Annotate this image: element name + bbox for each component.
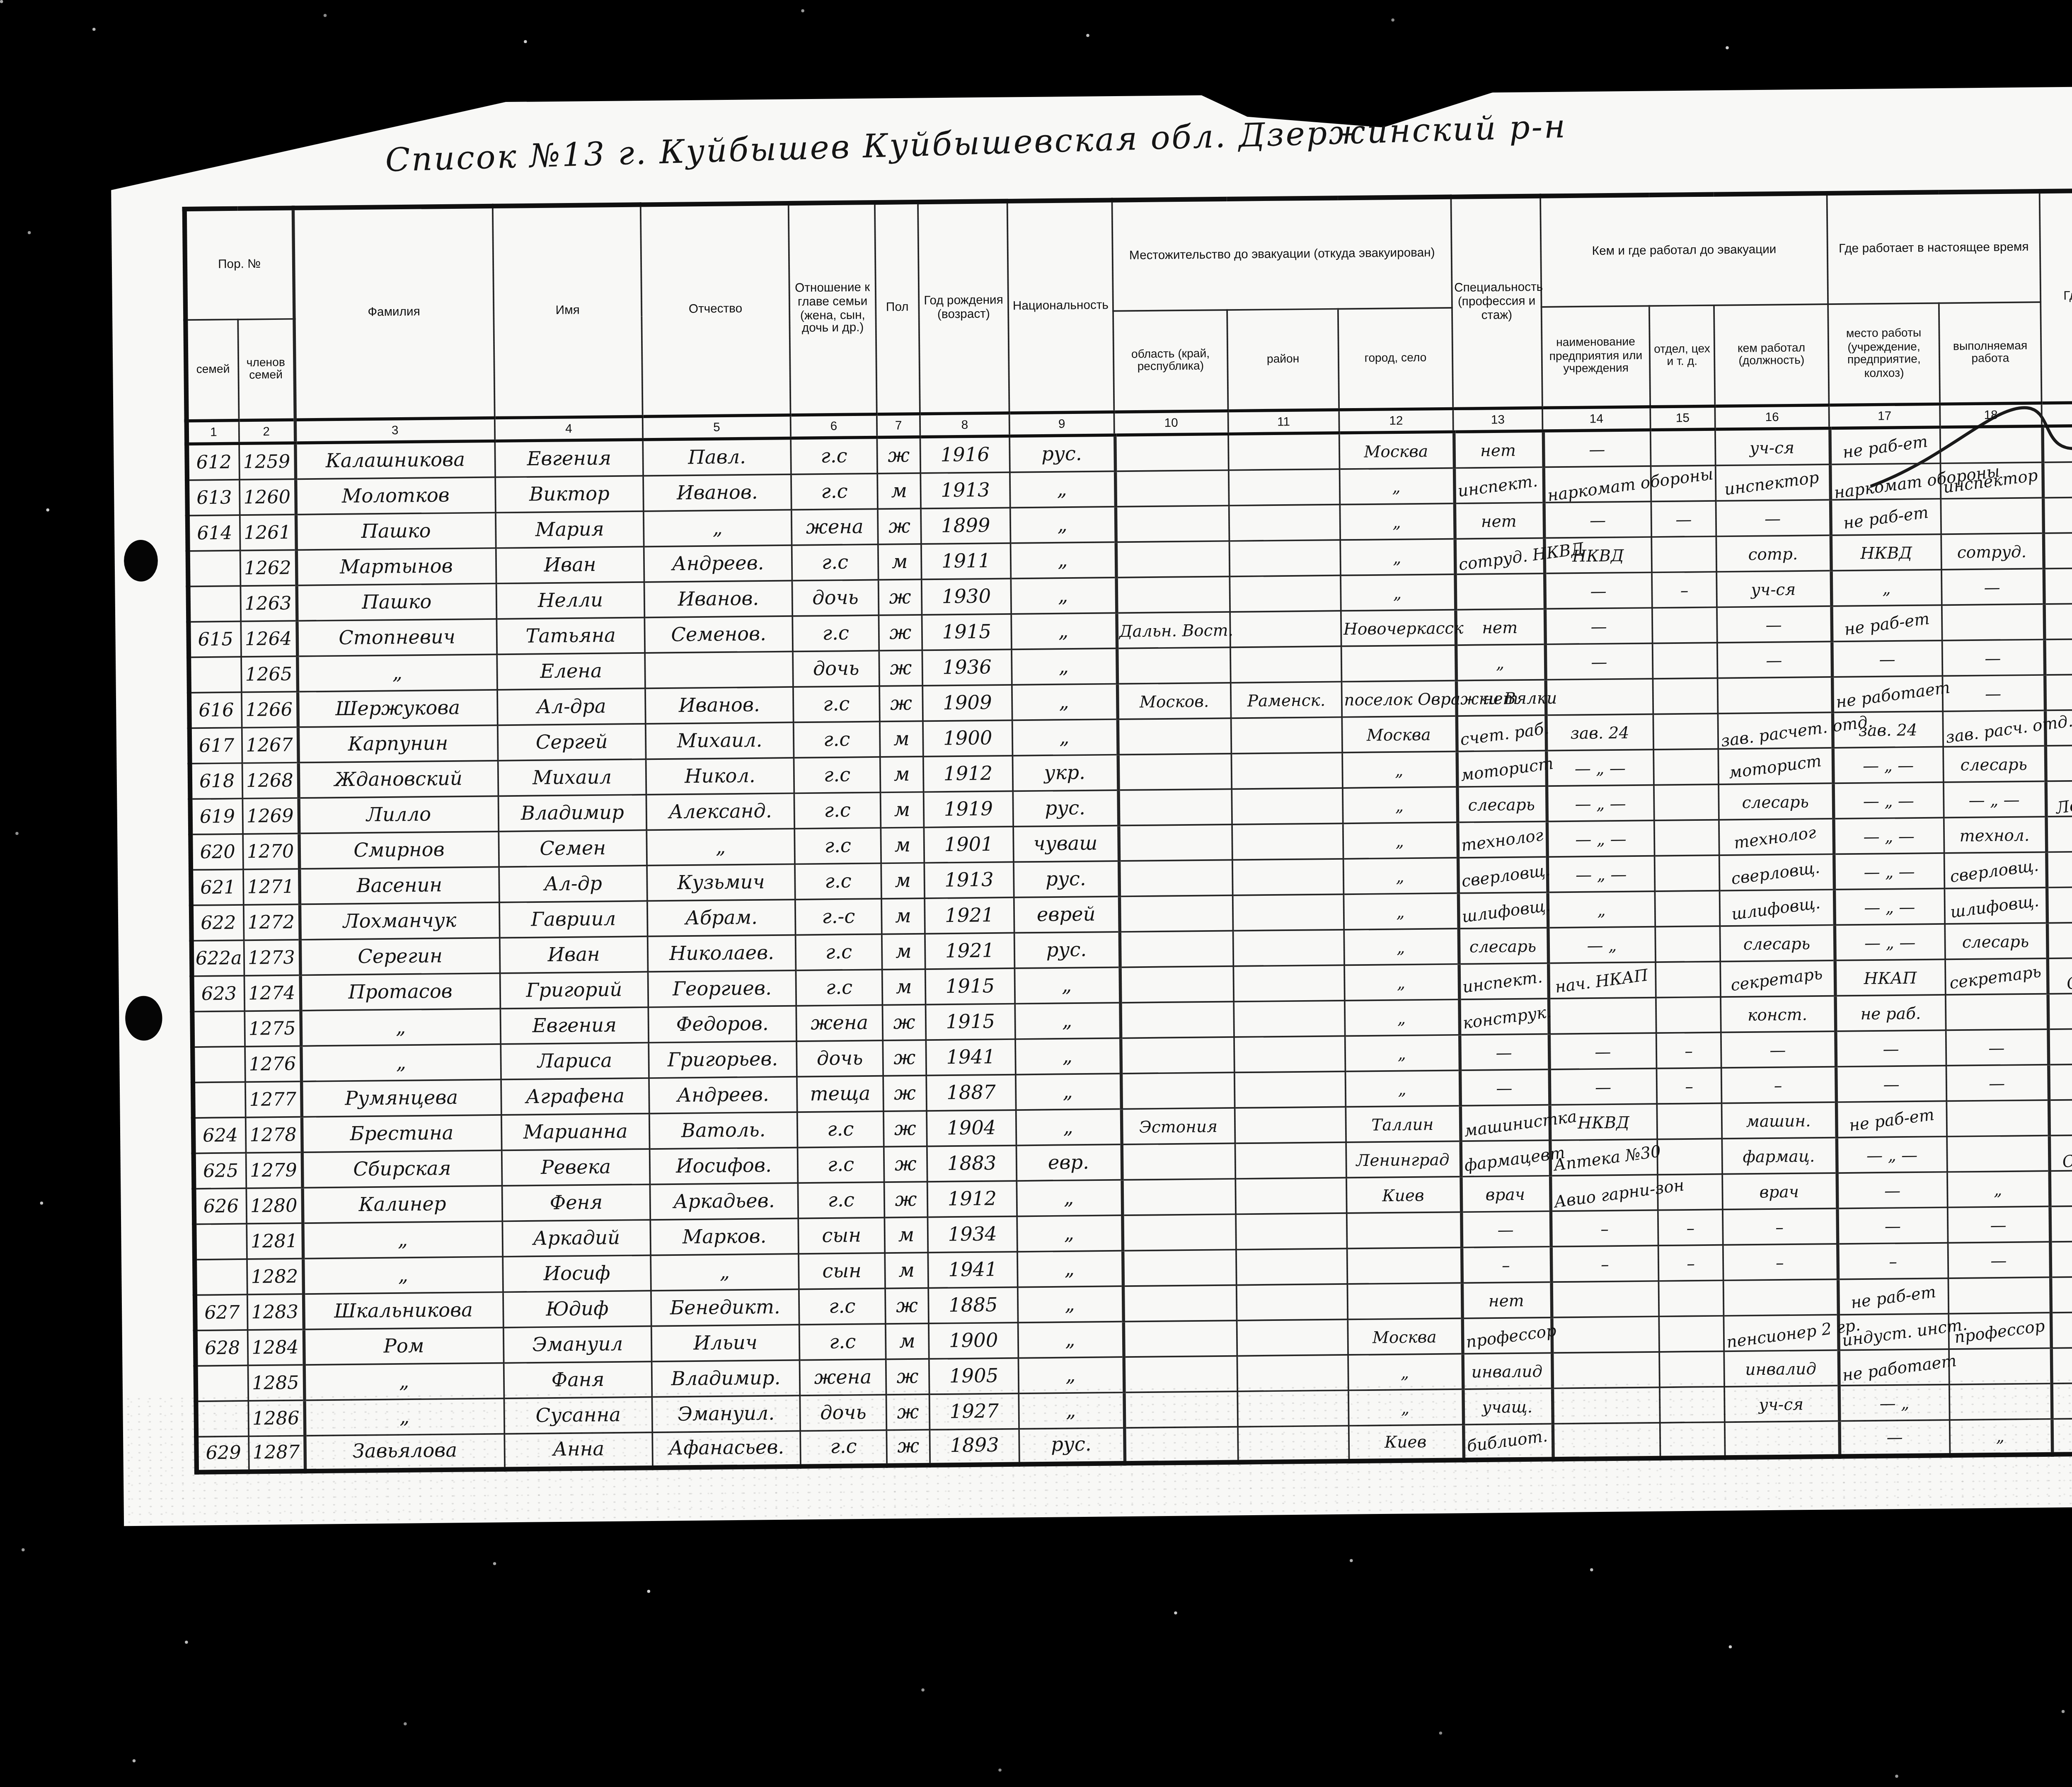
cell-text: Москва <box>1364 443 1428 462</box>
cell-text: Абрам. <box>685 904 758 928</box>
cell-member-no: 1265 <box>241 655 297 692</box>
cell-current-work: секретарь <box>1945 958 2047 994</box>
cell-surname: „ <box>297 653 497 691</box>
cell-patronymic: Андреев. <box>649 1076 797 1113</box>
cell-member-no: 1281 <box>247 1222 303 1258</box>
cell-specialty: профессор <box>1462 1317 1551 1353</box>
cell-text: — <box>1590 582 1607 601</box>
cell-text: Иванов. <box>679 692 760 716</box>
cell-workplace: не работает <box>1832 675 1943 711</box>
cell-text: Ст. Раз. 61кв10 <box>2060 1135 2072 1171</box>
cell-text: НКАП <box>1864 969 1917 988</box>
cell-family-no <box>193 1081 245 1117</box>
cell-text: Аграфена <box>525 1083 625 1107</box>
cell-relation: г.с <box>793 685 880 722</box>
cell-city: Новочеркасск <box>1341 609 1455 646</box>
cell-position <box>1718 676 1832 713</box>
cell-address: — „ — <box>2048 1062 2072 1099</box>
cell-birth-year: 1904 <box>927 1109 1016 1146</box>
cell-position <box>1723 1279 1838 1315</box>
cell-specialty: нет <box>1455 608 1544 645</box>
cell-text: „ <box>1397 938 1405 957</box>
cell-text: дочь <box>816 1045 863 1069</box>
cell-text: профессор <box>1953 1316 2046 1347</box>
cell-specialty: слесарь <box>1458 927 1547 963</box>
cell-text: — <box>1765 616 1782 634</box>
cell-family-no: 619 <box>190 798 243 834</box>
cell-sex: ж <box>879 685 923 721</box>
cell-nationality: „ <box>1015 1002 1120 1038</box>
cell-workplace: — <box>1837 1207 1948 1243</box>
cell-surname: Шкальникова <box>303 1291 503 1329</box>
cell-family-no: 617 <box>189 727 242 763</box>
cell-family-no: 622 <box>191 904 244 940</box>
cell-current-work: — <box>1941 568 2043 605</box>
cell-birth-year: 1921 <box>925 932 1014 969</box>
cell-text: „ <box>1393 584 1402 603</box>
cell-text: 1278 <box>249 1123 297 1145</box>
cell-family-no: 621 <box>191 868 244 904</box>
cell-position: уч-ся <box>1716 570 1831 607</box>
cell-position: — <box>1717 641 1832 677</box>
cell-family-no: 615 <box>189 621 241 657</box>
cell-member-no: 1266 <box>242 691 298 727</box>
cell-enterprise: Авио гарни-зон <box>1550 1174 1658 1210</box>
cell-text: – <box>1774 1076 1782 1095</box>
cell-address: — „ — <box>2049 1204 2072 1241</box>
cell-district <box>1237 1319 1348 1355</box>
cell-specialty: моторист <box>1456 750 1546 786</box>
cell-text: — <box>1589 441 1605 459</box>
cell-member-no: 1275 <box>244 1010 300 1046</box>
cell-current-work: сверловщ. <box>1944 851 2046 888</box>
cell-district <box>1232 787 1343 824</box>
cell-text: м <box>899 1328 915 1352</box>
cell-text: 1901 <box>944 832 993 855</box>
cell-text: „ <box>1994 1181 2002 1199</box>
cell-city: Москва <box>1339 432 1454 468</box>
cell-region <box>1123 1320 1237 1356</box>
cell-region <box>1118 788 1232 825</box>
cell-relation: г.с <box>794 721 880 757</box>
cell-text: Кузьмич <box>677 869 765 893</box>
cell-text: — <box>1590 511 1606 530</box>
cell-text: 617 <box>199 734 235 756</box>
cell-text: шлифовщ. <box>1950 892 2041 922</box>
cell-department <box>1656 996 1721 1032</box>
cell-city: „ <box>1342 751 1457 787</box>
cell-sex: м <box>884 1216 928 1253</box>
cell-patronymic: Николаев. <box>648 934 796 971</box>
cell-text: „ <box>1064 1256 1075 1279</box>
cell-patronymic: Георгиев. <box>648 970 796 1006</box>
cell-text: „ <box>392 660 403 683</box>
cell-text: рус. <box>1041 441 1082 465</box>
header-serial-group: Пор. № <box>184 208 293 320</box>
cell-nationality: „ <box>1015 1037 1121 1074</box>
cell-text: фармацевт <box>1462 1143 1565 1175</box>
cell-address: — „ — Кв. 9 <box>2049 1169 2072 1206</box>
cell-text: — „ — <box>1863 792 1915 811</box>
cell-specialty: сотруд. НКВД <box>1454 537 1544 574</box>
cell-region <box>1115 505 1230 541</box>
cell-city: „ <box>1343 822 1457 858</box>
cell-text: — <box>1595 1078 1611 1097</box>
cell-region <box>1121 1178 1236 1214</box>
cell-name: Ал-др <box>499 865 647 902</box>
column-number: 7 <box>877 414 920 438</box>
cell-text: технолог <box>1460 826 1544 855</box>
cell-text: г.с <box>823 691 850 714</box>
cell-text: инспектор <box>1724 468 1821 499</box>
cell-text: „ <box>1396 903 1405 921</box>
cell-department: – <box>1658 1244 1723 1280</box>
cell-text: „ <box>1396 868 1404 886</box>
cell-member-no: 1279 <box>246 1151 302 1187</box>
cell-text: Сбирская <box>353 1156 451 1180</box>
cell-surname: Лилло <box>298 795 499 832</box>
cell-text: 1900 <box>943 725 992 749</box>
cell-text: не раб-ет <box>1848 1105 1935 1135</box>
cell-region <box>1122 1249 1237 1285</box>
cell-text: машин. <box>1746 1112 1811 1131</box>
cell-text: слесарь <box>1961 755 2028 774</box>
cell-text: — „ — <box>1863 756 1914 775</box>
cell-text: — „ — <box>1864 898 1915 917</box>
cell-text: „ <box>1065 1362 1076 1385</box>
column-number: 4 <box>495 416 643 441</box>
cell-position: врач <box>1722 1172 1837 1209</box>
cell-text: г.с <box>828 1151 854 1175</box>
cell-text: 1909 <box>943 690 992 713</box>
cell-text: „ <box>1057 512 1067 535</box>
cell-sex: м <box>882 968 926 1004</box>
cell-text: — <box>1496 1044 1512 1062</box>
cell-nationality: рус. <box>1014 860 1119 897</box>
cell-text: „ <box>712 515 723 538</box>
cell-text: г.с <box>829 1329 856 1352</box>
cell-text: Дальн. Вост. <box>1119 621 1234 641</box>
cell-region <box>1119 930 1233 967</box>
cell-family-no <box>195 1258 247 1294</box>
cell-text: г.с <box>824 797 851 820</box>
cell-position: технолог <box>1719 818 1833 854</box>
cell-birth-year: 1912 <box>923 755 1013 791</box>
cell-region: Эстония <box>1121 1107 1235 1144</box>
header-address: Где поселен (адрес) <box>2040 190 2072 403</box>
cell-address: Ленингр. 21кв2а <box>2045 779 2072 816</box>
cell-specialty: „ <box>1455 643 1545 680</box>
cell-sex: ж <box>883 1075 927 1111</box>
cell-family-no <box>188 585 241 621</box>
cell-text: „ <box>1392 478 1401 496</box>
cell-city: Москва <box>1348 1318 1462 1354</box>
cell-city: „ <box>1340 467 1454 504</box>
cell-text: „ <box>1065 1327 1075 1350</box>
cell-member-no: 1267 <box>242 726 298 762</box>
cell-workplace: НКАП <box>1834 959 1946 995</box>
cell-district: Раменск. <box>1231 681 1342 717</box>
cell-city: „ <box>1343 857 1458 893</box>
cell-relation: г.с <box>795 863 881 899</box>
cell-department <box>1655 925 1720 961</box>
cell-position: слесарь <box>1719 783 1833 819</box>
cell-birth-year: 1900 <box>929 1322 1018 1358</box>
cell-text: Протасов <box>348 978 453 1002</box>
cell-text: – <box>1687 1255 1695 1273</box>
cell-current-work: шлифовщ. <box>1944 887 2046 923</box>
cell-text: 1280 <box>250 1194 298 1216</box>
cell-text: Татьяна <box>525 622 616 646</box>
cell-birth-year: 1909 <box>922 684 1012 721</box>
cell-text: 624 <box>203 1124 238 1146</box>
cell-text: профессор <box>1464 1321 1557 1352</box>
cell-text: — <box>1989 1074 2005 1093</box>
cell-text: 1282 <box>251 1265 298 1287</box>
cell-name: Иван <box>500 936 648 972</box>
cell-birth-year: 1885 <box>928 1286 1018 1323</box>
cell-text: м <box>893 726 910 749</box>
cell-text: жена <box>814 1364 871 1388</box>
cell-text: Елена <box>540 658 602 682</box>
cell-text: – <box>1889 1253 1897 1271</box>
cell-text: г.с <box>821 479 848 502</box>
column-number: 2 <box>239 420 295 443</box>
cell-text: 613 <box>196 486 232 508</box>
cell-relation: г.с <box>796 933 882 970</box>
cell-name: Эмануил <box>503 1325 652 1362</box>
cell-text: м <box>894 761 910 784</box>
cell-city: „ <box>1343 892 1458 929</box>
cell-address: — „ — Кв. 7 <box>2048 1098 2072 1134</box>
cell-position: конст. <box>1721 995 1835 1032</box>
cell-address: Ст. Раз. 61а 7 <box>2047 956 2072 993</box>
cell-district <box>1229 539 1341 576</box>
cell-text: „ <box>1063 1043 1073 1066</box>
cell-text: — <box>1765 510 1781 528</box>
cell-text: „ <box>1392 513 1401 532</box>
cell-name: Татьяна <box>496 617 645 654</box>
cell-surname: Стопневич <box>296 618 497 655</box>
cell-text: жена <box>806 514 864 537</box>
cell-member-no: 1260 <box>240 479 295 515</box>
cell-department <box>1659 1315 1724 1351</box>
cell-text: г.с <box>822 549 849 573</box>
cell-position: — <box>1721 1030 1835 1067</box>
cell-position: моторист <box>1718 747 1832 783</box>
cell-text: Ленингр. 21кв2а <box>2055 780 2072 817</box>
cell-text: Андреев. <box>672 550 764 574</box>
cell-text: ж <box>896 1364 918 1387</box>
cell-relation: дочь <box>793 650 879 687</box>
cell-nationality: „ <box>1014 967 1120 1003</box>
cell-current-work: слесарь <box>1943 745 2045 781</box>
cell-text: — „ — <box>1575 759 1626 778</box>
cell-text: 625 <box>203 1159 239 1181</box>
cell-specialty: — <box>1460 1069 1549 1105</box>
cell-enterprise <box>1545 678 1653 714</box>
header-district: район <box>1227 309 1339 411</box>
cell-nationality: „ <box>1016 1073 1121 1109</box>
cell-patronymic: Андреев. <box>644 544 792 581</box>
cell-sex: ж <box>882 1004 926 1040</box>
cell-text: Москва <box>1372 1328 1437 1347</box>
cell-current-work: — <box>1942 639 2044 675</box>
cell-enterprise: — „ — <box>1547 820 1655 856</box>
cell-text: Эстония <box>1139 1117 1218 1137</box>
cell-text: 1266 <box>245 698 293 720</box>
cell-text: Серегин <box>358 943 443 967</box>
cell-text: 615 <box>198 628 233 650</box>
cell-enterprise: — <box>1544 643 1653 679</box>
cell-workplace: — <box>1836 1171 1948 1208</box>
cell-nationality: „ <box>1012 683 1117 720</box>
cell-address: „ — <box>2047 921 2072 958</box>
cell-text: нет <box>1489 1291 1524 1310</box>
header-surname: Фамилия <box>293 206 495 420</box>
cell-family-no: 628 <box>195 1329 248 1365</box>
cell-current-work: слесарь <box>1945 922 2047 959</box>
cell-text: „ <box>716 834 726 857</box>
cell-text: „ <box>396 1014 406 1037</box>
cell-enterprise <box>1551 1315 1659 1352</box>
cell-enterprise: — <box>1542 430 1651 467</box>
cell-patronymic: Кузьмич <box>647 863 795 900</box>
cell-text: — <box>1990 1216 2006 1235</box>
cell-enterprise: — <box>1543 501 1651 537</box>
cell-nationality: „ <box>1016 1108 1121 1145</box>
cell-current-work <box>1940 426 2042 463</box>
cell-text: НКВД <box>1578 1113 1629 1132</box>
cell-text: Москва <box>1367 725 1431 745</box>
cell-text: ж <box>889 619 911 643</box>
cell-member-no: 1274 <box>244 975 300 1011</box>
cell-specialty: инспект. <box>1454 467 1543 503</box>
cell-text: 619 <box>200 805 235 827</box>
cell-text: Новочеркасск <box>1343 619 1464 638</box>
cell-sex: ж <box>877 437 920 473</box>
cell-enterprise: — „ <box>1547 926 1656 962</box>
cell-region <box>1119 965 1234 1002</box>
cell-patronymic: Михаил. <box>646 722 794 759</box>
cell-text: 1899 <box>941 513 990 536</box>
cell-member-no: 1262 <box>240 549 296 585</box>
cell-member-no: 1264 <box>241 620 297 656</box>
cell-text: г.с <box>824 762 851 785</box>
film-speckles <box>0 0 3 3</box>
cell-text: – <box>1686 1219 1694 1238</box>
cell-patronymic: Ватоль. <box>649 1111 798 1148</box>
cell-nationality: „ <box>1017 1214 1122 1251</box>
cell-current-work: сотруд. <box>1941 532 2043 569</box>
cell-text: Калашникова <box>326 447 465 472</box>
cell-patronymic: Иванов. <box>645 686 794 723</box>
column-number: 5 <box>643 415 791 440</box>
cell-text: Ревека <box>541 1154 611 1178</box>
column-number: 3 <box>294 418 495 443</box>
cell-text: сверловщ. <box>1460 861 1551 891</box>
cell-district <box>1232 822 1343 859</box>
cell-member-no: 1282 <box>247 1258 303 1294</box>
cell-birth-year: 1901 <box>924 826 1013 862</box>
cell-region: Дальн. Вост. <box>1116 611 1230 648</box>
cell-text: счет. раб. <box>1458 719 1549 749</box>
cell-text: 1284 <box>252 1336 299 1358</box>
cell-city: „ <box>1344 963 1459 1000</box>
cell-birth-year: 1900 <box>923 720 1012 756</box>
cell-text: Михаил. <box>677 727 762 751</box>
cell-city: Таллин <box>1346 1105 1460 1141</box>
cell-text: „ <box>1393 549 1402 567</box>
cell-relation: г.с <box>794 756 881 793</box>
column-number: 16 <box>1715 405 1829 429</box>
cell-specialty: слесарь <box>1457 785 1546 822</box>
cell-text: 1265 <box>245 663 292 684</box>
cell-text: Семен <box>540 835 606 859</box>
cell-nationality: „ <box>1011 612 1116 649</box>
cell-nationality: „ <box>1010 471 1115 507</box>
cell-position: фармац. <box>1722 1137 1836 1173</box>
cell-city: Ленинград <box>1346 1140 1460 1177</box>
cell-birth-year: 1934 <box>927 1216 1017 1252</box>
cell-text: Иван <box>547 941 600 965</box>
cell-text: „ <box>1401 1364 1409 1382</box>
cell-name: Гавриил <box>499 900 648 937</box>
cell-text: Михаил <box>533 764 612 788</box>
cell-text: — <box>1675 510 1692 529</box>
cell-specialty: — <box>1461 1210 1550 1247</box>
cell-workplace: не раб-ет <box>1830 498 1941 534</box>
cell-text: нет <box>1481 512 1517 531</box>
cell-text: Александ. <box>669 798 772 822</box>
cell-region <box>1118 824 1232 860</box>
cell-text: Бенедикт. <box>670 1294 780 1318</box>
cell-workplace: – <box>1837 1242 1949 1279</box>
cell-position: сотр. <box>1716 534 1830 571</box>
cell-text: — <box>1879 650 1895 669</box>
cell-text: Аркадьев. <box>673 1188 775 1212</box>
cell-name: Мария <box>496 510 644 547</box>
cell-relation: г.с <box>792 614 879 651</box>
cell-name: Григорий <box>500 971 649 1008</box>
cell-name: Ревека <box>502 1148 650 1185</box>
cell-text: — <box>1885 1217 1901 1236</box>
cell-family-no: 620 <box>191 833 243 869</box>
header-workplace: место работы (учреждение, предприятие, к… <box>1828 303 1940 405</box>
cell-text: врач <box>1485 1185 1525 1204</box>
cell-patronymic: Павл. <box>643 438 791 475</box>
cell-text: 614 <box>197 521 232 543</box>
cell-text: Владимир <box>521 800 625 824</box>
cell-birth-year: 1915 <box>926 1003 1015 1040</box>
cell-text: 1263 <box>244 592 292 614</box>
cell-text: 1921 <box>945 902 994 926</box>
cell-sex: ж <box>879 614 922 650</box>
cell-text: слесарь <box>1468 796 1535 815</box>
cell-address: — „ — <box>2048 1027 2072 1064</box>
cell-sex: м <box>882 933 925 969</box>
cell-address: — „ — кв 8 <box>2042 425 2072 462</box>
cell-city <box>1347 1211 1461 1248</box>
cell-current-work: зав. расч. отд. <box>1943 710 2045 746</box>
cell-surname: Сбирская <box>301 1150 502 1187</box>
cell-name: Иосиф <box>503 1255 651 1291</box>
cell-text: шлифовщ. <box>1731 894 1822 924</box>
cell-position: машин. <box>1721 1101 1836 1138</box>
cell-text: — „ — <box>1575 795 1626 814</box>
cell-patronymic: Федоров. <box>648 1005 796 1042</box>
cell-text: г.с <box>822 620 849 643</box>
